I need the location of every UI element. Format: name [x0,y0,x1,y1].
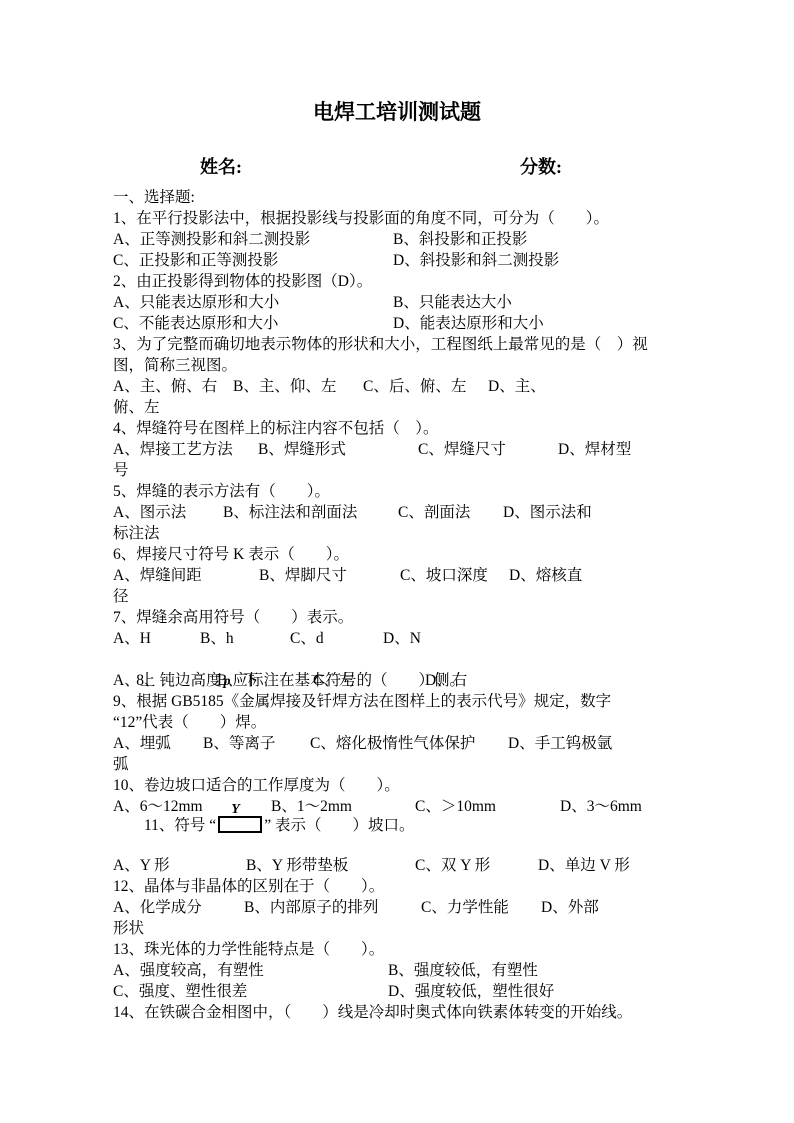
question-3-stem-line1: 3、为了完整而确切地表示物体的形状和大小，工程图纸上最常见的是（ ）视 [113,334,713,355]
option-a: A、H [113,628,151,649]
question-11-stem-post: ” 表示（ ）坡口。 [264,817,414,834]
option-c: C、正投影和正等测投影 [113,250,278,271]
option-d: D、N [383,628,421,649]
option-d: D、右 [425,670,467,691]
option-a: A、主、俯、右 [113,376,217,397]
option-b: B、下 [217,670,258,691]
test-paper-page: 电焊工培训测试题 姓名: 分数: 一、选择题: 1、在平行投影法中，根据投影线与… [0,0,794,1123]
question-3-option-d-wrap: 俯、左 [113,397,713,418]
question-4-option-d-wrap: 号 [113,460,713,481]
question-5-options: A、图示法 B、标注法和剖面法 C、剖面法 D、图示法和 [113,502,713,523]
option-a: A、Y 形 [113,855,170,876]
question-2-options-ab: A、只能表达原形和大小 B、只能表达大小 [113,292,713,313]
option-b: B、主、仰、左 [233,376,336,397]
document-title: 电焊工培训测试题 [113,96,681,126]
question-6-stem: 6、焊接尺寸符号 K 表示（ ）。 [113,544,713,565]
question-9-options: A、埋弧 B、等离子 C、熔化极惰性气体保护 D、手工钨极氩 [113,733,713,754]
question-2-stem: 2、由正投影得到物体的投影图（D）。 [113,271,713,292]
option-c: C、力学性能 [421,897,509,918]
question-list: 一、选择题: 1、在平行投影法中，根据投影线与投影面的角度不同，可分为（ ）。 … [113,187,713,1023]
option-d: D、3～6mm [560,796,642,817]
option-b: B、Y 形带垫板 [246,855,348,876]
option-b: B、强度较低，有塑性 [388,960,538,981]
question-12-option-d-wrap: 形状 [113,918,713,939]
question-1-stem: 1、在平行投影法中，根据投影线与投影面的角度不同，可分为（ ）。 [113,208,713,229]
question-10-stem: 10、卷边坡口适合的工作厚度为（ ）。 [113,775,713,796]
option-d: D、图示法和 [503,502,592,523]
question-7-stem: 7、焊缝余高用符号（ ）表示。 [113,607,713,628]
option-c: C、不能表达原形和大小 [113,313,278,334]
option-b: B、焊缝形式 [258,439,346,460]
option-c: C、左 [313,670,354,691]
option-c: C、熔化极惰性气体保护 [310,733,475,754]
weld-groove-symbol-icon: Y [218,816,262,833]
option-c: C、强度、塑性很差 [113,981,247,1002]
option-d: D、强度较低，塑性很好 [388,981,554,1002]
option-a: A、图示法 [113,502,186,523]
option-b: B、只能表达大小 [393,292,512,313]
option-d: D、外部 [541,897,599,918]
question-13-options-cd: C、强度、塑性很差 D、强度较低，塑性很好 [113,981,713,1002]
option-a: A、焊缝间距 [113,565,202,586]
question-14-stem: 14、在铁碳合金相图中，（ ）线是冷却时奥式体向铁素体转变的开始线。 [113,1002,713,1023]
question-11-stem: 11、符号 “Y” 表示（ ）坡口。 [113,817,713,855]
question-4-options: A、焊接工艺方法 B、焊缝形式 C、焊缝尺寸 D、焊材型 [113,439,713,460]
question-12-stem: 12、晶体与非晶体的区别在于（ ）。 [113,876,713,897]
weld-symbol-letter: Y [231,803,240,817]
question-8-stem: 8、钝边高度p应标注在基本符号的（ ）侧。 [113,649,713,670]
option-a: A、焊接工艺方法 [113,439,233,460]
option-d: D、单边 V 形 [538,855,630,876]
option-c: C、剖面法 [398,502,470,523]
option-c: C、d [290,628,324,649]
question-4-stem: 4、焊缝符号在图样上的标注内容不包括（ ）。 [113,418,713,439]
name-label: 姓名: [200,153,242,179]
question-9-option-d-wrap: 弧 [113,754,713,775]
option-d: D、主、 [488,376,546,397]
question-13-options-ab: A、强度较高，有塑性 B、强度较低，有塑性 [113,960,713,981]
option-c: C、双 Y 形 [415,855,490,876]
option-a: A、上 [113,670,155,691]
question-3-options: A、主、俯、右 B、主、仰、左 C、后、俯、左 D、主、 [113,376,713,397]
option-c: C、焊缝尺寸 [418,439,506,460]
option-b: B、斜投影和正投影 [393,229,527,250]
option-a: A、埋弧 [113,733,171,754]
option-b: B、焊脚尺寸 [259,565,347,586]
option-c: C、＞10mm [415,796,496,817]
option-d: D、焊材型 [558,439,631,460]
option-c: C、坡口深度 [400,565,488,586]
option-a: A、化学成分 [113,897,202,918]
question-3-stem-line2: 图，简称三视图。 [113,355,713,376]
question-9-stem-line1: 9、根据 GB5185《金属焊接及钎焊方法在图样上的表示代号》规定，数字 [113,691,713,712]
question-11-options: A、Y 形 B、Y 形带垫板 C、双 Y 形 D、单边 V 形 [113,855,713,876]
option-b: B、等离子 [203,733,275,754]
option-d: D、能表达原形和大小 [393,313,544,334]
score-label: 分数: [520,153,562,179]
option-b: B、标注法和剖面法 [223,502,357,523]
question-1-options-ab: A、正等测投影和斜二测投影 B、斜投影和正投影 [113,229,713,250]
option-d: D、手工钨极氩 [508,733,612,754]
option-d: D、熔核直 [509,565,582,586]
option-c: C、后、俯、左 [363,376,466,397]
question-1-options-cd: C、正投影和正等测投影 D、斜投影和斜二测投影 [113,250,713,271]
question-5-stem: 5、焊缝的表示方法有（ ）。 [113,481,713,502]
question-2-options-cd: C、不能表达原形和大小 D、能表达原形和大小 [113,313,713,334]
question-5-option-d-wrap: 标注法 [113,523,713,544]
question-6-option-d-wrap: 径 [113,586,713,607]
question-7-options: A、H B、h C、d D、N [113,628,713,649]
option-a: A、只能表达原形和大小 [113,292,279,313]
option-b: B、内部原子的排列 [244,897,378,918]
question-6-options: A、焊缝间距 B、焊脚尺寸 C、坡口深度 D、熔核直 [113,565,713,586]
option-a: A、正等测投影和斜二测投影 [113,229,310,250]
option-d: D、斜投影和斜二测投影 [393,250,559,271]
section-heading: 一、选择题: [113,187,713,208]
question-8-options: A、上 B、下 C、左 D、右 [113,670,713,691]
option-a: A、强度较高，有塑性 [113,960,264,981]
question-11-stem-pre: 11、符号 “ [144,817,216,834]
question-13-stem: 13、珠光体的力学性能特点是（ ）。 [113,939,713,960]
question-9-stem-line2: “12”代表（ ）焊。 [113,712,713,733]
question-12-options: A、化学成分 B、内部原子的排列 C、力学性能 D、外部 [113,897,713,918]
option-b: B、h [200,628,234,649]
